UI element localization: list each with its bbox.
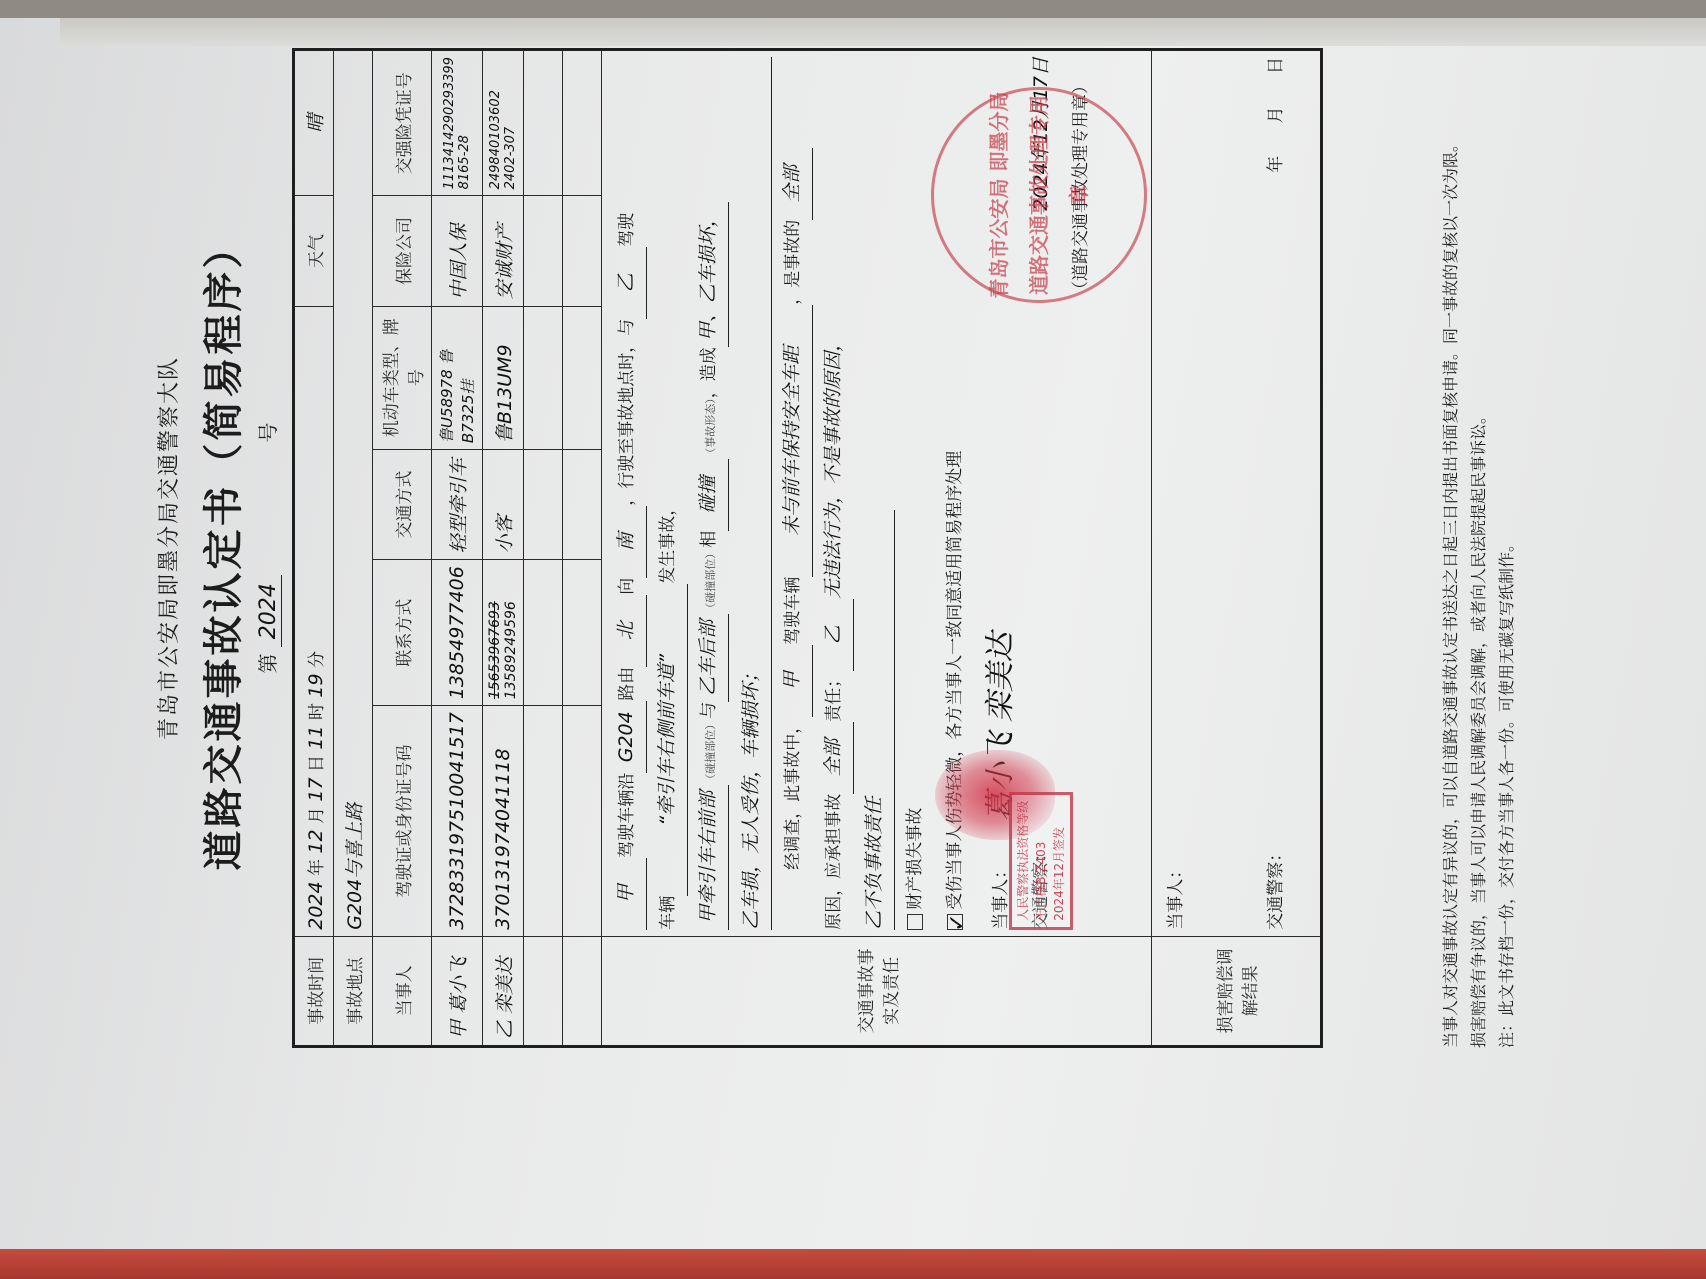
accident-type-option-1: 财产损失事故 [895,57,935,930]
driver-party: 甲 [606,858,647,930]
static-text: 驾驶车辆沿 [617,773,637,858]
row-facts: 交通事故事实及责任 甲驾驶车辆沿G204路由北向南，行驶至事故地点时，与乙驾驶 … [602,50,1152,1047]
weather-value: 晴 [294,50,334,196]
party-insurance-cert: 1113414290293399 8165-28 [432,50,483,196]
photo-background: 青岛市公安局即墨分局交通警察大队 道路交通事故认定书（简易程序） 第 2024 … [0,18,1706,1279]
to-direction: 南 [606,506,647,578]
static-text: 向 [617,578,637,595]
official-seal: 青岛市公安局 即墨分局 道路交通事故处理专用章 [931,87,1147,303]
accident-form-table: 事故时间 2024 年 12 月 17 日 11 时 19 分 天气 晴 [292,48,1323,1048]
damage-result-block: 当事人： 交通警察： 年 月 日 [1152,50,1322,937]
party-row: 乙 栾美达 370131974041118 15653967693 135892… [483,50,524,1047]
static-text: 相 [699,531,719,548]
footer-note: 损害赔偿有争议的，当事人可以申请人民调解委员会调解，或者向人民法院提起民事诉讼。 [1465,48,1493,1048]
checkbox-property-loss[interactable] [907,914,923,930]
col-insurer: 保险公司 [373,196,432,306]
at-fault-party: 甲 [772,645,813,717]
other-party: 乙 [606,247,647,319]
label-year: 年 [1266,156,1286,173]
party-transport: 小客 [483,450,524,560]
static-text: ，行驶至事故地点时，与 [617,319,637,506]
facts-block: 甲驾驶车辆沿G204路由北向南，行驶至事故地点时，与乙驾驶 车辆“牵引车右侧前车… [602,50,1152,937]
other-party-finding: 无违法行为，不是事故的原因， [822,333,844,599]
number-value: 2024 [256,575,282,647]
accident-year: 2024 [305,881,327,929]
party-plate: 鲁U58978 鲁B7325挂 [432,306,483,450]
col-transport: 交通方式 [373,450,432,560]
document-title: 道路交通事故认定书（简易程序） [192,0,249,1108]
party-plate: 鲁B13UM9 [483,306,524,450]
col-id-number: 驾驶证或身份证号码 [373,706,432,937]
static-text: 驾驶车辆 [783,577,803,645]
party-insurance-cert: 249840103602 2402-307 [483,50,524,196]
footer-note: 当事人对交通事故认定有异议的，可以自道路交通事故认定书送达之日起三日内提出书面复… [1437,48,1465,1048]
row-party-header: 当事人 驾驶证或身份证号码 联系方式 交通方式 机动车类型、牌号 保险公司 交强… [373,50,432,1047]
party-contact-value: 13589249596 [503,566,519,699]
label-hour: 时 [307,703,327,720]
label-day: 日 [307,755,327,772]
col-contact: 联系方式 [373,560,432,706]
damage-sign-row: 交通警察： 年 月 日 [1196,57,1296,930]
footer-notes: 当事人对交通事故认定有异议的，可以自道路交通事故认定书送达之日起三日内提出书面复… [1437,48,1521,1048]
col-insurance-cert: 交强险凭证号 [373,50,432,196]
label-month: 月 [1266,106,1286,123]
label-damage-result: 损害赔偿调解结果 [1152,936,1322,1046]
option-label: 财产损失事故 [905,808,925,910]
stamp-line: 王吉栋B.Z403 [1032,801,1050,921]
facts-line-4: 乙车损，无人受伤，车辆损坏； [731,57,772,930]
label-accident-time: 事故时间 [294,936,334,1046]
facts-line-1: 甲驾驶车辆沿G204路由北向南，行驶至事故地点时，与乙驾驶 [606,57,647,930]
party-role: 乙 [494,1020,516,1039]
static-text: 驾驶 [617,213,637,247]
accident-time-value: 2024 年 12 月 17 日 11 时 19 分 [294,306,334,936]
violation-value: 未与前车保持安全车距 [772,305,813,577]
party-name-text: 葛小飞 [448,957,470,1014]
static-text: 车辆 [658,896,678,930]
party-id: 370131974041118 [483,706,524,937]
empty-party-row [524,50,563,1047]
static-text: ，是事故的 [783,220,803,305]
agency-name: 青岛市公安局即墨分局交通警察大队 [152,0,183,1108]
facts-line-7: 乙不负事故责任 [854,510,895,930]
party-role: 甲 [448,1020,470,1039]
facts-line-6: 原因，应承担事故全部责任；乙无违法行为，不是事故的原因， [813,57,854,930]
static-text: 责任； [824,671,844,722]
label-day: 日 [1266,57,1286,74]
accident-day: 17 [305,777,327,801]
row-accident-location: 事故地点 G204与喜上路 [334,50,373,1047]
col-plate: 机动车类型、牌号 [373,306,432,450]
label-weather: 天气 [294,196,334,306]
label-year: 年 [307,859,327,876]
party-sign-label: 当事人： [1156,57,1196,930]
number-prefix: 第 [256,654,280,674]
party-id: 372833197510041517 [432,706,483,937]
footer-note: 注：此文书存档一份，交付各方当事人各一份。可使用无碳复写纸制作。 [1493,48,1521,1048]
accident-month: 12 [305,829,327,853]
party-name: 乙 栾美达 [483,936,524,1046]
officer-sign-label: 交通警察： [1256,845,1296,930]
label-month: 月 [307,807,327,824]
party-name-text: 栾美达 [494,957,516,1014]
stamp-line: 人民警察执法资格等级 [1014,801,1032,921]
facts-line-5: 经调查，此事故中，甲驾驶车辆未与前车保持安全车距，是事故的全部 [772,57,813,930]
party-name: 甲 葛小飞 [432,936,483,1046]
collision-part-a: 甲牵引车右前部 [688,785,729,930]
accident-hour: 11 [305,725,327,749]
vehicle-description: “牵引车右侧前车道” [647,584,688,896]
accident-location-value: G204与喜上路 [334,50,373,937]
responsibility-level: 全部 [813,722,854,794]
static-text: 与 [699,702,719,719]
label-accident-location: 事故地点 [334,936,373,1046]
party-contact-struck: 15653967693 [487,566,503,699]
party-row: 甲 葛小飞 372833197510041517 13854977406 轻型牵… [432,50,483,1047]
static-text: 路由 [617,667,637,701]
party-contact: 15653967693 13589249596 [483,560,524,706]
label-minute: 分 [307,651,327,668]
party-contact: 13854977406 [432,560,483,706]
result-value: 甲、乙车损坏， [688,202,729,347]
static-text: ，造成 [699,347,719,398]
blank-date: 年 月 日 [1256,57,1296,173]
collision-type: 碰撞 [688,459,729,531]
collision-part-b: 乙车后部 [688,614,729,702]
cause-level: 全部 [772,148,813,220]
party-insurer: 中国人保 [432,196,483,306]
col-party: 当事人 [373,936,432,1046]
facts-line-3: 甲牵引车右前部（碰撞部位）与乙车后部（碰撞部位）相碰撞（事故形态），造成甲、乙车… [688,57,731,930]
accident-minute: 19 [305,673,327,697]
row-damage-result: 损害赔偿调解结果 当事人： 交通警察： 年 月 日 [1152,50,1322,1047]
row-accident-time: 事故时间 2024 年 12 月 17 日 11 时 19 分 天气 晴 [294,50,334,1047]
number-suffix: 号 [256,422,280,442]
static-text: 原因，应承担事故 [824,794,844,930]
static-text: 发生事故， [658,499,678,584]
red-surface [0,1249,1706,1279]
party-transport: 轻型牵引车 [432,450,483,560]
document-number: 第 2024 号 [252,0,282,1108]
other-party-2: 乙 [813,599,854,671]
facts-line-2: 车辆“牵引车右侧前车道”发生事故， [647,57,688,930]
from-direction: 北 [606,595,647,667]
hint-text: （碰撞部位） [704,719,717,785]
hint-text: （碰撞部位） [704,548,717,614]
party-insurer: 安诚财产 [483,196,524,306]
road-value: G204 [606,701,647,773]
label-facts: 交通事故事实及责任 [602,936,1152,1046]
hint-text: （事故形态） [704,398,717,459]
accident-certificate-document: 青岛市公安局即墨分局交通警察大队 道路交通事故认定书（简易程序） 第 2024 … [92,0,1592,1108]
empty-party-row [563,50,602,1047]
static-text: 经调查，此事故中， [783,717,803,870]
checkbox-minor-injury[interactable] [947,914,963,930]
option-label: 受伤当事人伤势轻微，各方当事人一致同意适用简易程序处理 [945,451,965,910]
